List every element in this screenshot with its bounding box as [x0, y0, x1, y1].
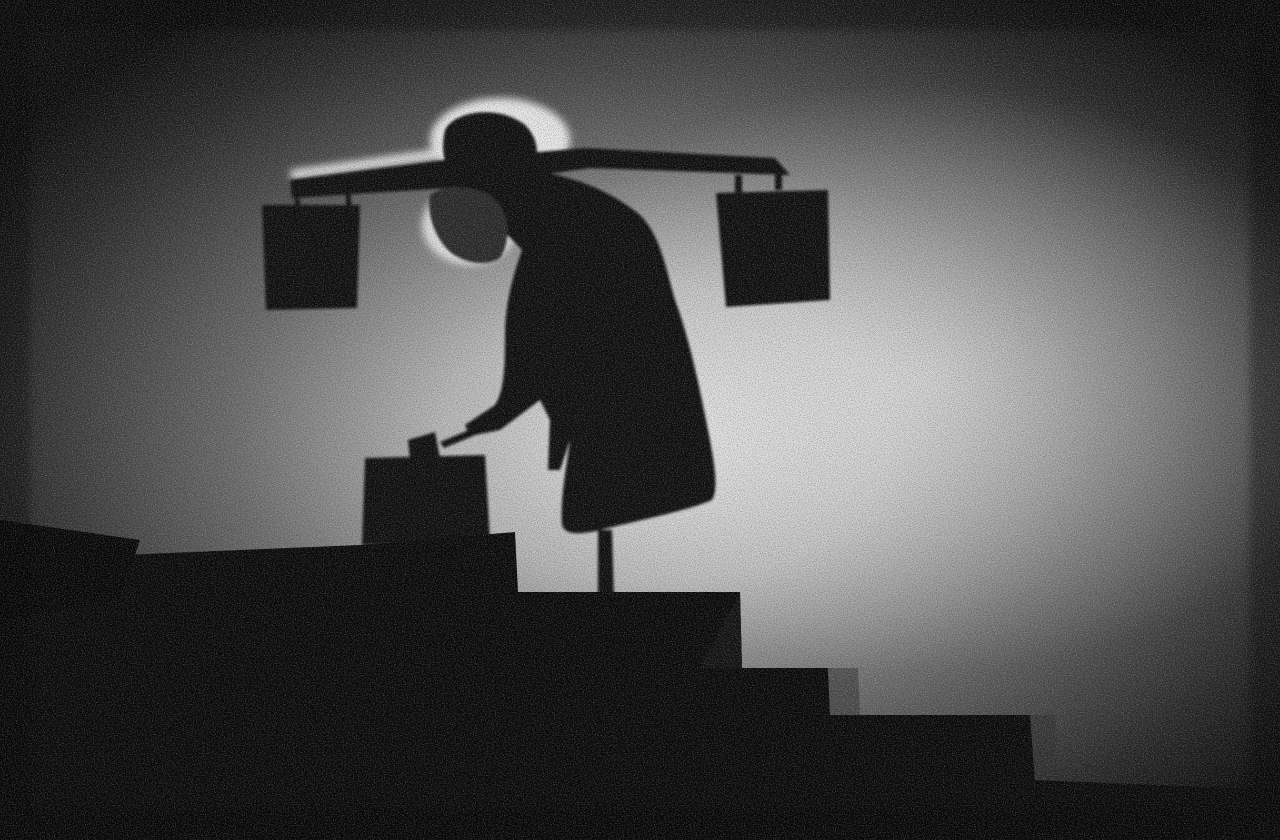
right-bucket [716, 190, 830, 307]
ground-bucket [362, 455, 490, 545]
scene [0, 0, 1280, 840]
left-bucket [262, 205, 360, 310]
stair-edge-light [828, 668, 860, 715]
photograph [0, 0, 1280, 840]
